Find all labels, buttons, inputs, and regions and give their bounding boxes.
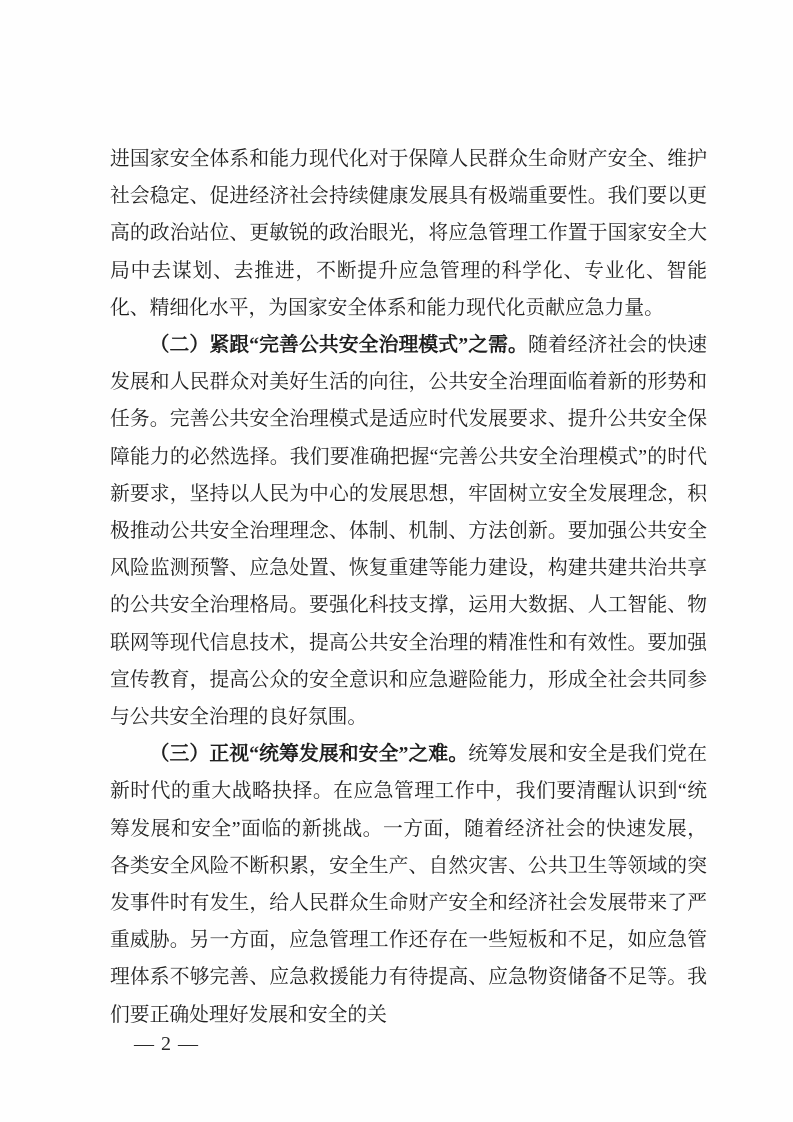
paragraph-body: 进国家安全体系和能力现代化对于保障人民群众生命财产安全、维护社会稳定、促进经济社… <box>110 148 707 319</box>
paragraph-body: 统筹发展和安全是我们党在新时代的重大战略抉择。在应急管理工作中，我们要清醒认识到… <box>110 743 707 1025</box>
document-page: 进国家安全体系和能力现代化对于保障人民群众生命财产安全、维护社会稳定、促进经济社… <box>0 0 793 1122</box>
paragraph-heading: （二）紧跟“完善公共安全治理模式”之需。 <box>150 334 528 356</box>
paragraph-section-2: （二）紧跟“完善公共安全治理模式”之需。随着经济社会的快速发展和人民群众对美好生… <box>110 327 707 736</box>
paragraph-heading: （三）正视“统筹发展和安全”之难。 <box>150 743 469 765</box>
paragraph-continuation: 进国家安全体系和能力现代化对于保障人民群众生命财产安全、维护社会稳定、促进经济社… <box>110 141 707 327</box>
document-text: 进国家安全体系和能力现代化对于保障人民群众生命财产安全、维护社会稳定、促进经济社… <box>110 141 707 1034</box>
paragraph-body: 随着经济社会的快速发展和人民群众对美好生活的向往，公共安全治理面临着新的形势和任… <box>110 334 707 728</box>
paragraph-section-3: （三）正视“统筹发展和安全”之难。统筹发展和安全是我们党在新时代的重大战略抉择。… <box>110 736 707 1034</box>
page-number: — 2 — <box>134 1031 199 1057</box>
